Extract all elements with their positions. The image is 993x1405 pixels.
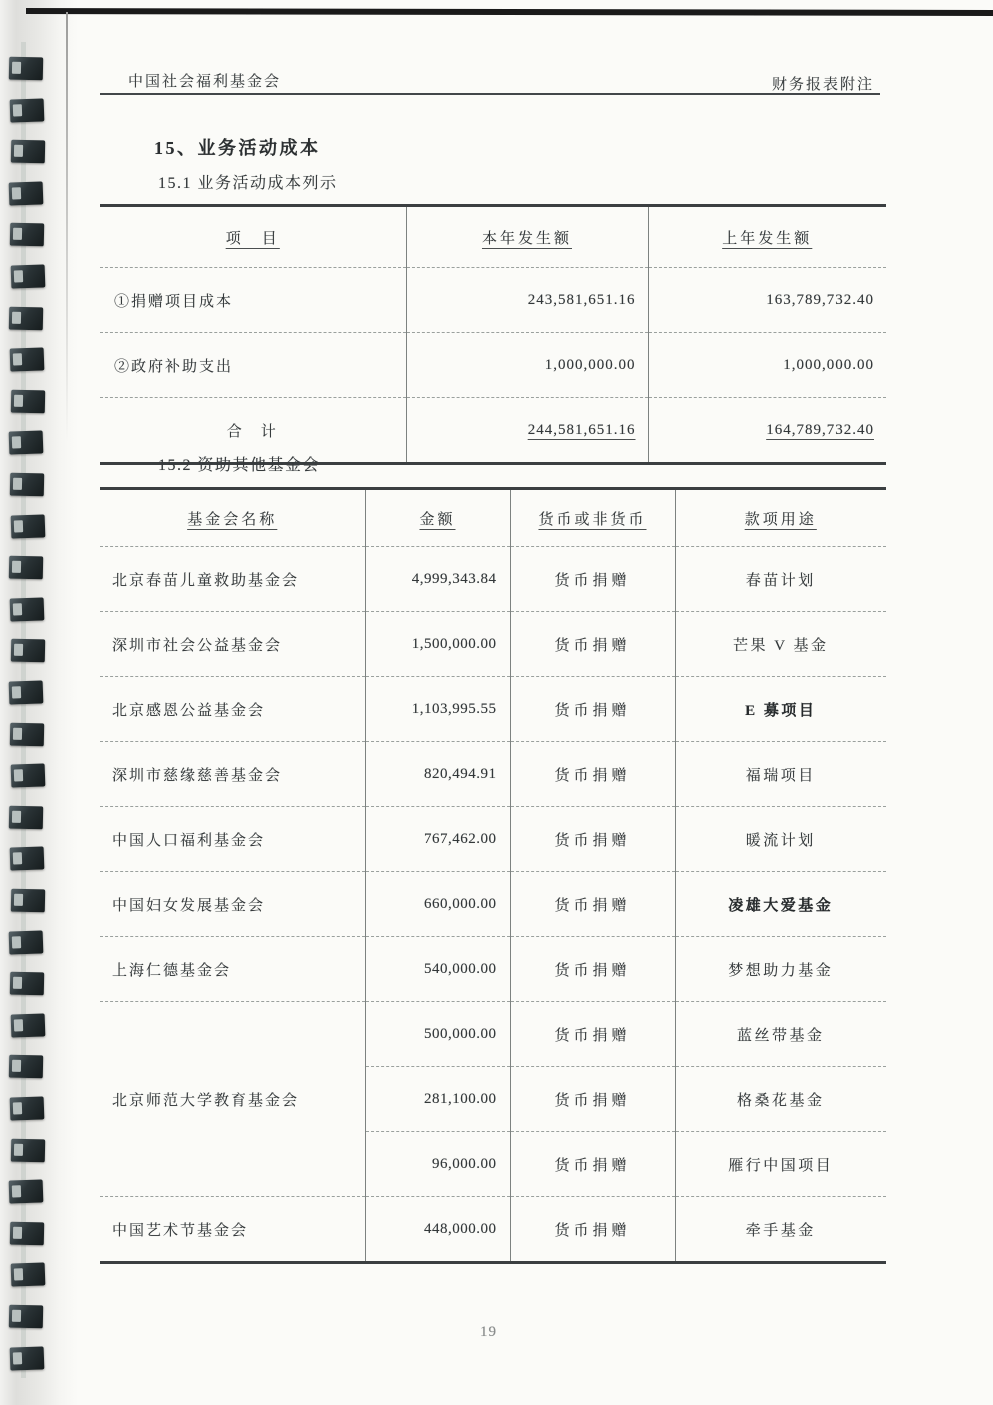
binding-clip [9,1180,44,1204]
table-row: 深圳市慈缘慈善基金会820,494.91货币捐赠福瑞项目 [100,742,886,807]
binding-clip [9,181,44,205]
fund-use-cell: 牵手基金 [675,1197,886,1263]
binding-clip [9,348,44,372]
donation-type-cell: 货币捐赠 [510,742,675,807]
header-rule [100,93,880,95]
current-year-amount-cell: 243,581,651.16 [406,268,648,333]
binding-clip [9,1096,44,1120]
item-cell: ①捐赠项目成本 [100,268,406,333]
foundation-name-cell: 上海仁德基金会 [100,937,365,1002]
binding-clip [9,556,43,580]
table-row: 中国艺术节基金会448,000.00货币捐赠牵手基金 [100,1197,886,1263]
donation-type-cell: 货币捐赠 [510,1002,675,1067]
amount-cell: 4,999,343.84 [365,547,510,612]
donation-type-cell: 货币捐赠 [510,677,675,742]
fund-use-cell: 雁行中国项目 [675,1132,886,1197]
funded-foundations-table: 基金会名称 金额 货币或非货币 款项用途 北京春苗儿童救助基金会4,999,34… [100,487,886,1264]
donation-type-cell: 货币捐赠 [510,1132,675,1197]
donation-type-cell: 货币捐赠 [510,547,675,612]
document-header-right: 财务报表附注 [772,73,874,94]
t2-header-amount: 金额 [365,489,510,547]
binding-clip [10,722,44,746]
prior-year-amount-cell: 1,000,000.00 [648,333,886,398]
amount-cell: 96,000.00 [365,1132,510,1197]
amount-cell: 767,462.00 [365,807,510,872]
t1-header-current-year: 本年发生额 [406,206,648,268]
binding-clip [9,306,43,330]
fund-use-cell: 芒果 V 基金 [675,612,886,677]
table-row: 深圳市社会公益基金会1,500,000.00货币捐赠芒果 V 基金 [100,612,886,677]
fund-use-cell: 暖流计划 [675,807,886,872]
section-title: 15、业务活动成本 [154,134,321,160]
binding-clip [9,805,43,829]
binding-clip [10,764,45,788]
table-row: 上海仁德基金会540,000.00货币捐赠梦想助力基金 [100,937,886,1002]
donation-type-cell: 货币捐赠 [510,937,675,1002]
binding-clip [10,473,44,497]
fund-use-cell: 蓝丝带基金 [675,1002,886,1067]
t1-header-prior-year: 上年发生额 [648,206,886,268]
binding-clip [9,1055,43,1079]
total-prior-year-cell: 164,789,732.40 [648,398,886,464]
binding-clip [10,223,44,247]
binding-clip [10,639,44,663]
fund-use-cell: 春苗计划 [675,547,886,612]
binding-clip [9,98,44,122]
binding-clip [10,972,44,996]
section-subtitle-15-2: 15.2 资助其他基金会 [158,452,320,475]
amount-cell: 500,000.00 [365,1002,510,1067]
fund-use-cell: 福瑞项目 [675,742,886,807]
binding-clip [9,57,43,81]
table-row: ①捐赠项目成本243,581,651.16163,789,732.40 [100,268,886,333]
binding-clip [9,680,44,704]
foundation-name-cell: 北京感恩公益基金会 [100,677,365,742]
table-row: 中国妇女发展基金会660,000.00货币捐赠凌雄大爱基金 [100,872,886,937]
fund-use-cell: E 募项目 [675,677,886,742]
table-row: 中国人口福利基金会767,462.00货币捐赠暖流计划 [100,807,886,872]
donation-type-cell: 货币捐赠 [510,807,675,872]
fund-use-cell: 梦想助力基金 [675,937,886,1002]
binding-clip [9,847,44,871]
amount-cell: 281,100.00 [365,1067,510,1132]
binding-clip [10,889,44,913]
donation-type-cell: 货币捐赠 [510,612,675,677]
amount-cell: 1,500,000.00 [365,612,510,677]
binding-clip [10,1013,45,1037]
binding-clip [9,1305,43,1329]
t2-header-currency-type: 货币或非货币 [510,489,675,547]
binding-clip [10,1263,45,1287]
foundation-name-cell: 深圳市慈缘慈善基金会 [100,742,365,807]
table-header-row: 基金会名称 金额 货币或非货币 款项用途 [100,489,886,547]
binding-clip [9,930,44,954]
t2-header-fund-use: 款项用途 [675,489,886,547]
donation-type-cell: 货币捐赠 [510,1067,675,1132]
foundation-name-cell: 中国艺术节基金会 [100,1197,365,1263]
total-current-year-cell: 244,581,651.16 [406,398,648,464]
page-top-edge [26,8,993,16]
binding-clip [10,264,45,288]
table-header-row: 项 目 本年发生额 上年发生额 [100,206,886,268]
table-row: 北京春苗儿童救助基金会4,999,343.84货币捐赠春苗计划 [100,547,886,612]
table-row: ②政府补助支出1,000,000.001,000,000.00 [100,333,886,398]
amount-cell: 660,000.00 [365,872,510,937]
amount-cell: 540,000.00 [365,937,510,1002]
table-row: 北京师范大学教育基金会500,000.00货币捐赠蓝丝带基金 [100,1002,886,1067]
amount-cell: 448,000.00 [365,1197,510,1263]
current-year-amount-cell: 1,000,000.00 [406,333,648,398]
business-activity-cost-table: 项 目 本年发生额 上年发生额 ①捐赠项目成本243,581,651.16163… [100,204,886,465]
binding-clip [10,1138,44,1162]
foundation-name-cell: 深圳市社会公益基金会 [100,612,365,677]
binding-clip [9,597,44,621]
scanned-document-page: 中国社会福利基金会 财务报表附注 15、业务活动成本 15.1 业务活动成本列示… [0,0,993,1405]
binding-clip [10,140,44,164]
prior-year-amount-cell: 163,789,732.40 [648,268,886,333]
foundation-name-cell: 中国人口福利基金会 [100,807,365,872]
donation-type-cell: 货币捐赠 [510,872,675,937]
t1-header-item: 项 目 [100,206,406,268]
document-header-left: 中国社会福利基金会 [128,70,281,91]
binding-clip [10,514,45,538]
donation-type-cell: 货币捐赠 [510,1197,675,1263]
foundation-name-cell: 北京师范大学教育基金会 [100,1002,365,1197]
item-cell: ②政府补助支出 [100,333,406,398]
page-number: 19 [480,1324,497,1341]
t2-header-foundation-name: 基金会名称 [100,489,365,547]
fund-use-cell: 凌雄大爱基金 [675,872,886,937]
binding-clip [10,389,44,413]
foundation-name-cell: 北京春苗儿童救助基金会 [100,547,365,612]
amount-cell: 820,494.91 [365,742,510,807]
binding-clip [10,1221,44,1245]
foundation-name-cell: 中国妇女发展基金会 [100,872,365,937]
page-edge-shadow [66,12,68,442]
section-subtitle-15-1: 15.1 业务活动成本列示 [158,170,338,193]
table-row: 北京感恩公益基金会1,103,995.55货币捐赠E 募项目 [100,677,886,742]
fund-use-cell: 格桑花基金 [675,1067,886,1132]
binding-clip [9,1346,44,1370]
binding-clip [9,431,44,455]
amount-cell: 1,103,995.55 [365,677,510,742]
